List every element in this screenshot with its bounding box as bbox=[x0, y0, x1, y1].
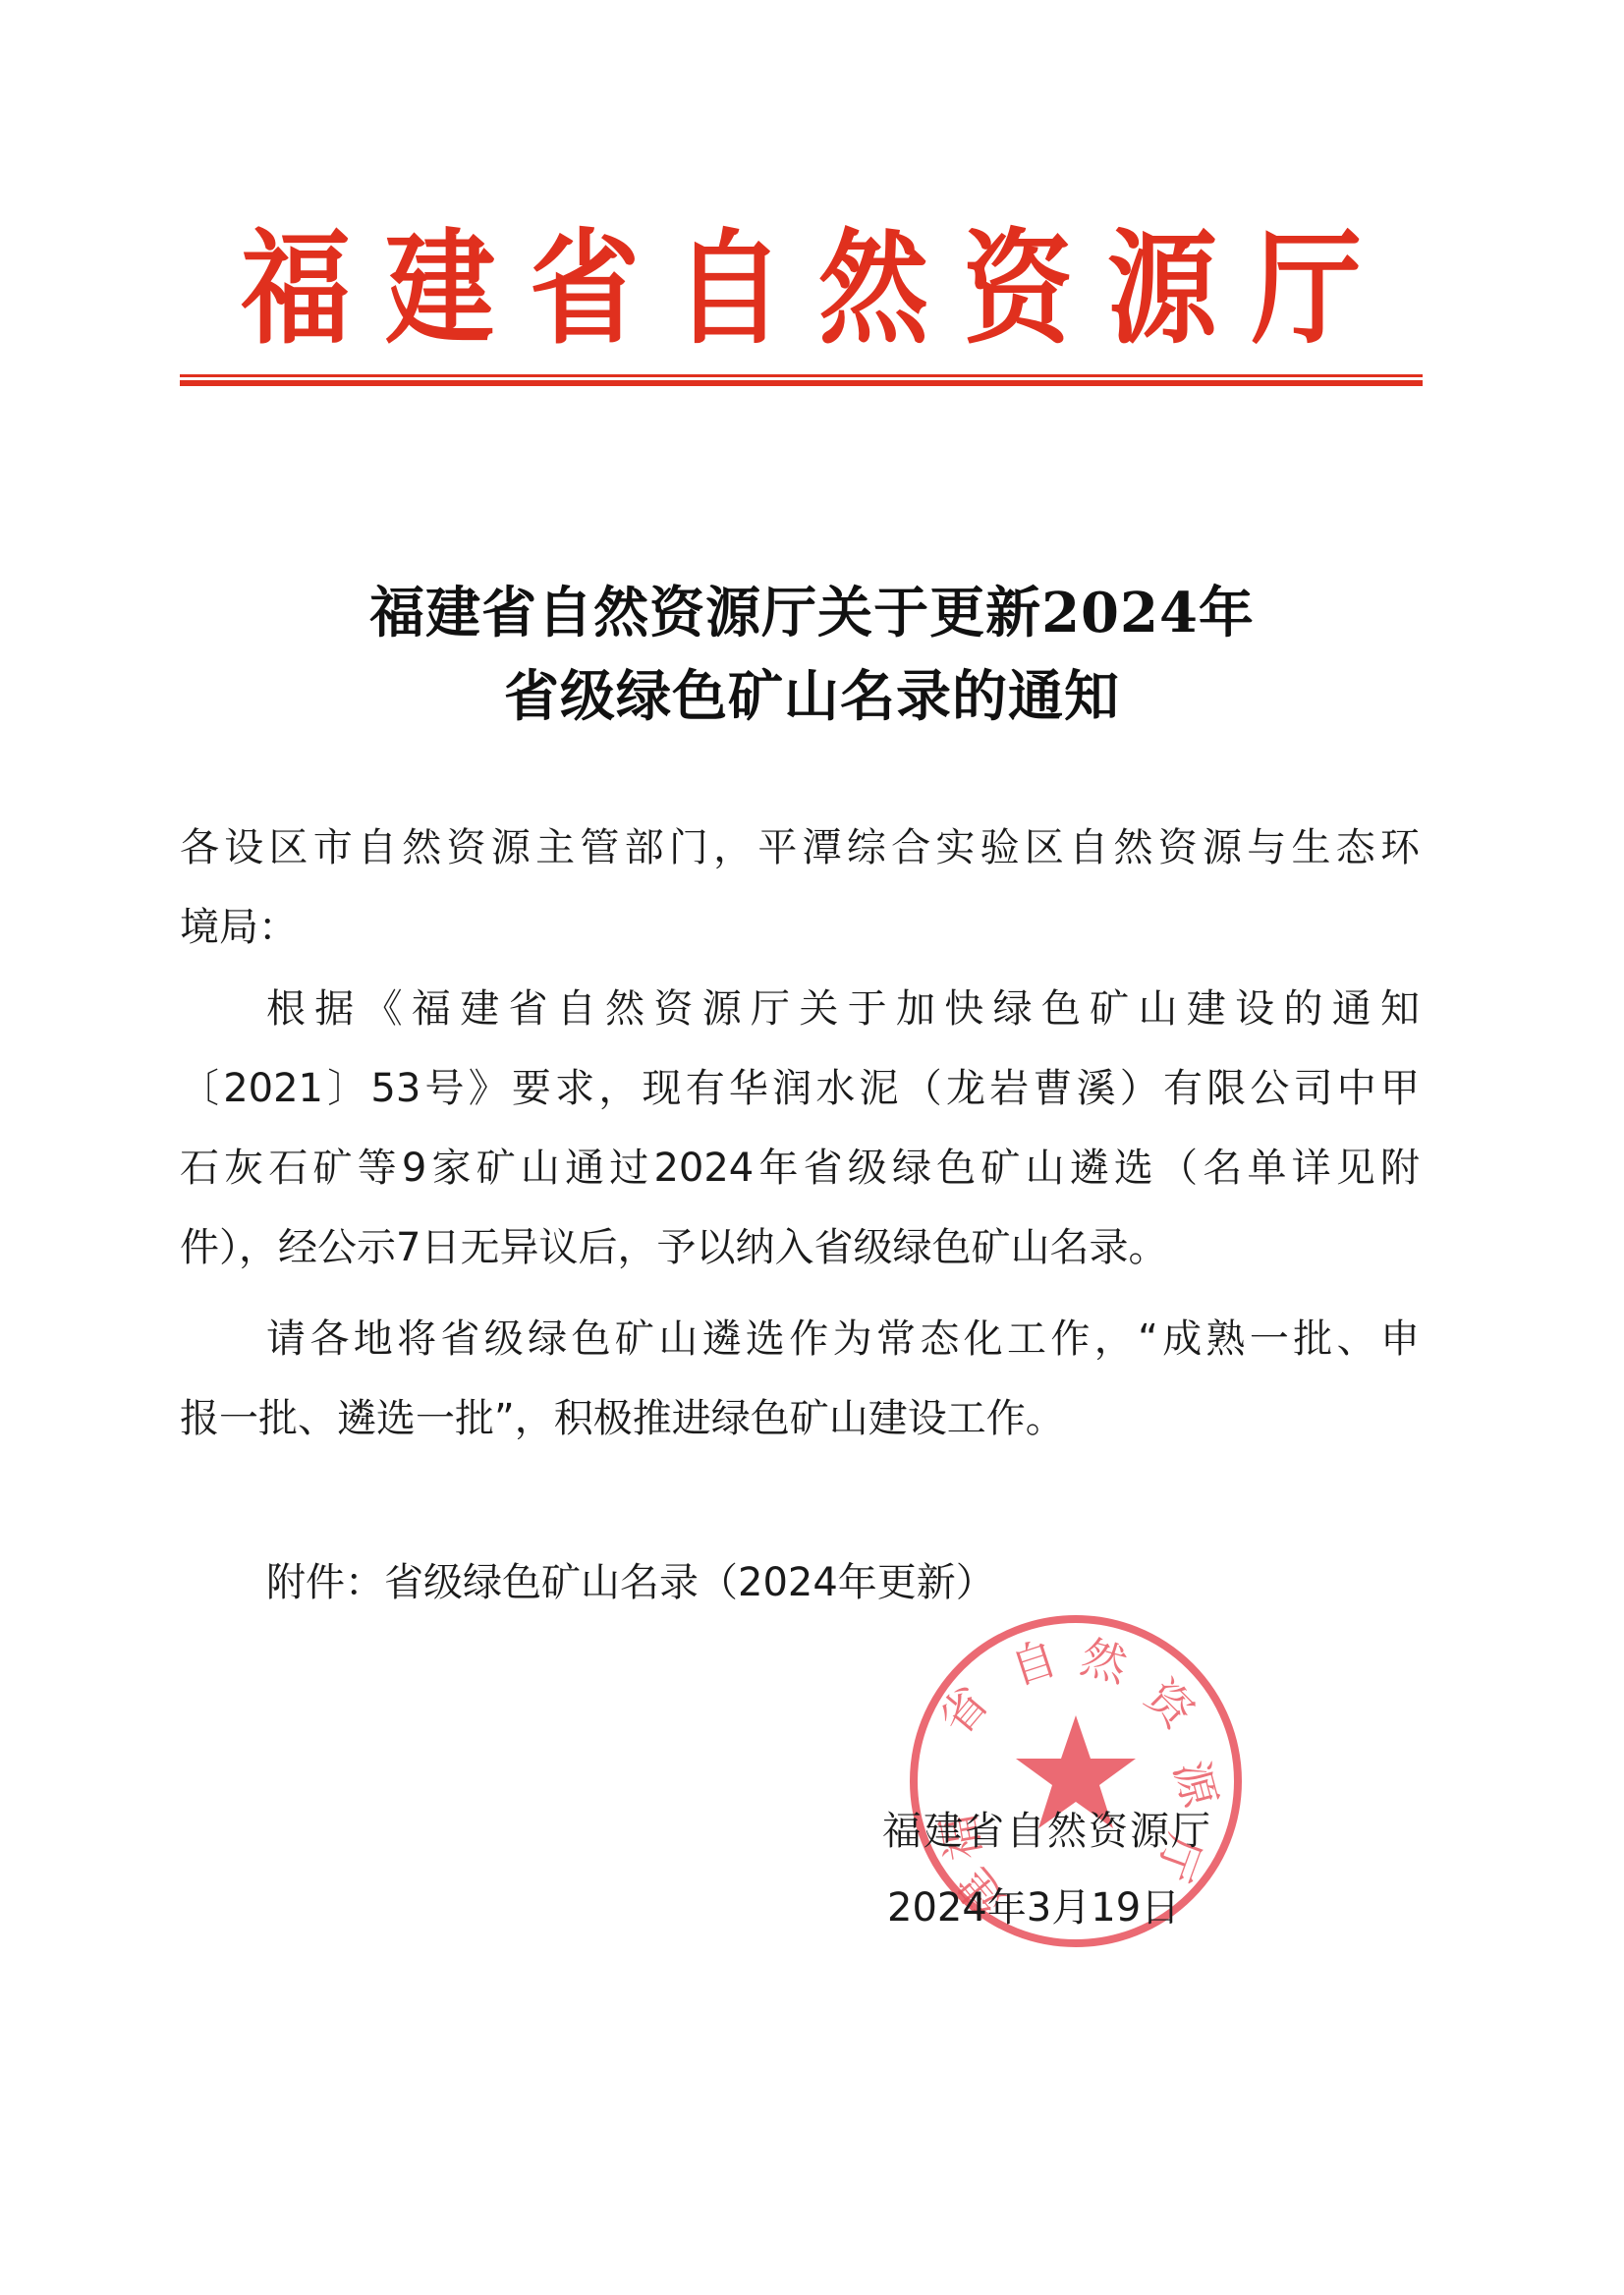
signature-org: 福建省自然资源厅 bbox=[882, 1800, 1212, 1856]
svg-text:资: 资 bbox=[1135, 1669, 1204, 1739]
paragraph-line: 报一批、遴选一批”，积极推进绿色矿山建设工作。 bbox=[180, 1379, 1420, 1459]
letterhead-rule-thick bbox=[180, 380, 1423, 386]
svg-text:省: 省 bbox=[928, 1676, 998, 1745]
addressee-line: 各设区市自然资源主管部门，平潭综合实验区自然资源与生态环 bbox=[180, 809, 1420, 888]
addressee: 各设区市自然资源主管部门，平潭综合实验区自然资源与生态环 境局： bbox=[180, 809, 1420, 968]
letterhead-char: 自 bbox=[674, 228, 784, 351]
paragraph-1: 根据《福建省自然资源厅关于加快绿色矿山建设的通知 〔2021〕53号》要求，现有… bbox=[180, 970, 1420, 1288]
addressee-line: 境局： bbox=[180, 888, 1420, 968]
letterhead-char: 厅 bbox=[1252, 228, 1362, 351]
svg-text:自: 自 bbox=[1004, 1631, 1063, 1696]
letterhead-char: 资 bbox=[963, 228, 1073, 351]
letterhead-rule-thin bbox=[180, 374, 1423, 377]
paragraph-2: 请各地将省级绿色矿山遴选作为常态化工作，“成熟一批、申 报一批、遴选一批”，积极… bbox=[180, 1300, 1420, 1459]
paragraph-line: 件），经公示7日无异议后，予以纳入省级绿色矿山名录。 bbox=[180, 1208, 1420, 1288]
signature-date: 2024年3月19日 bbox=[887, 1876, 1180, 1932]
letterhead-char: 然 bbox=[818, 228, 928, 351]
letterhead-char: 源 bbox=[1107, 228, 1217, 351]
svg-text:然: 然 bbox=[1075, 1630, 1133, 1693]
paragraph-line: 〔2021〕53号》要求，现有华润水泥（龙岩曹溪）有限公司中甲 bbox=[180, 1049, 1420, 1129]
letterhead-char: 建 bbox=[385, 228, 495, 351]
paragraph-line: 根据《福建省自然资源厅关于加快绿色矿山建设的通知 bbox=[180, 970, 1420, 1049]
letterhead: 福 建 省 自 然 资 源 厅 bbox=[180, 221, 1423, 359]
document-title-line2: 省级绿色矿山名录的通知 bbox=[0, 653, 1624, 732]
paragraph-line: 石灰石矿等9家矿山通过2024年省级绿色矿山遴选（名单详见附 bbox=[180, 1129, 1420, 1208]
letterhead-char: 福 bbox=[241, 228, 351, 351]
letterhead-char: 省 bbox=[530, 228, 640, 351]
paragraph-line: 请各地将省级绿色矿山遴选作为常态化工作，“成熟一批、申 bbox=[180, 1300, 1420, 1379]
document-title-line1: 福建省自然资源厅关于更新2024年 bbox=[0, 570, 1624, 648]
